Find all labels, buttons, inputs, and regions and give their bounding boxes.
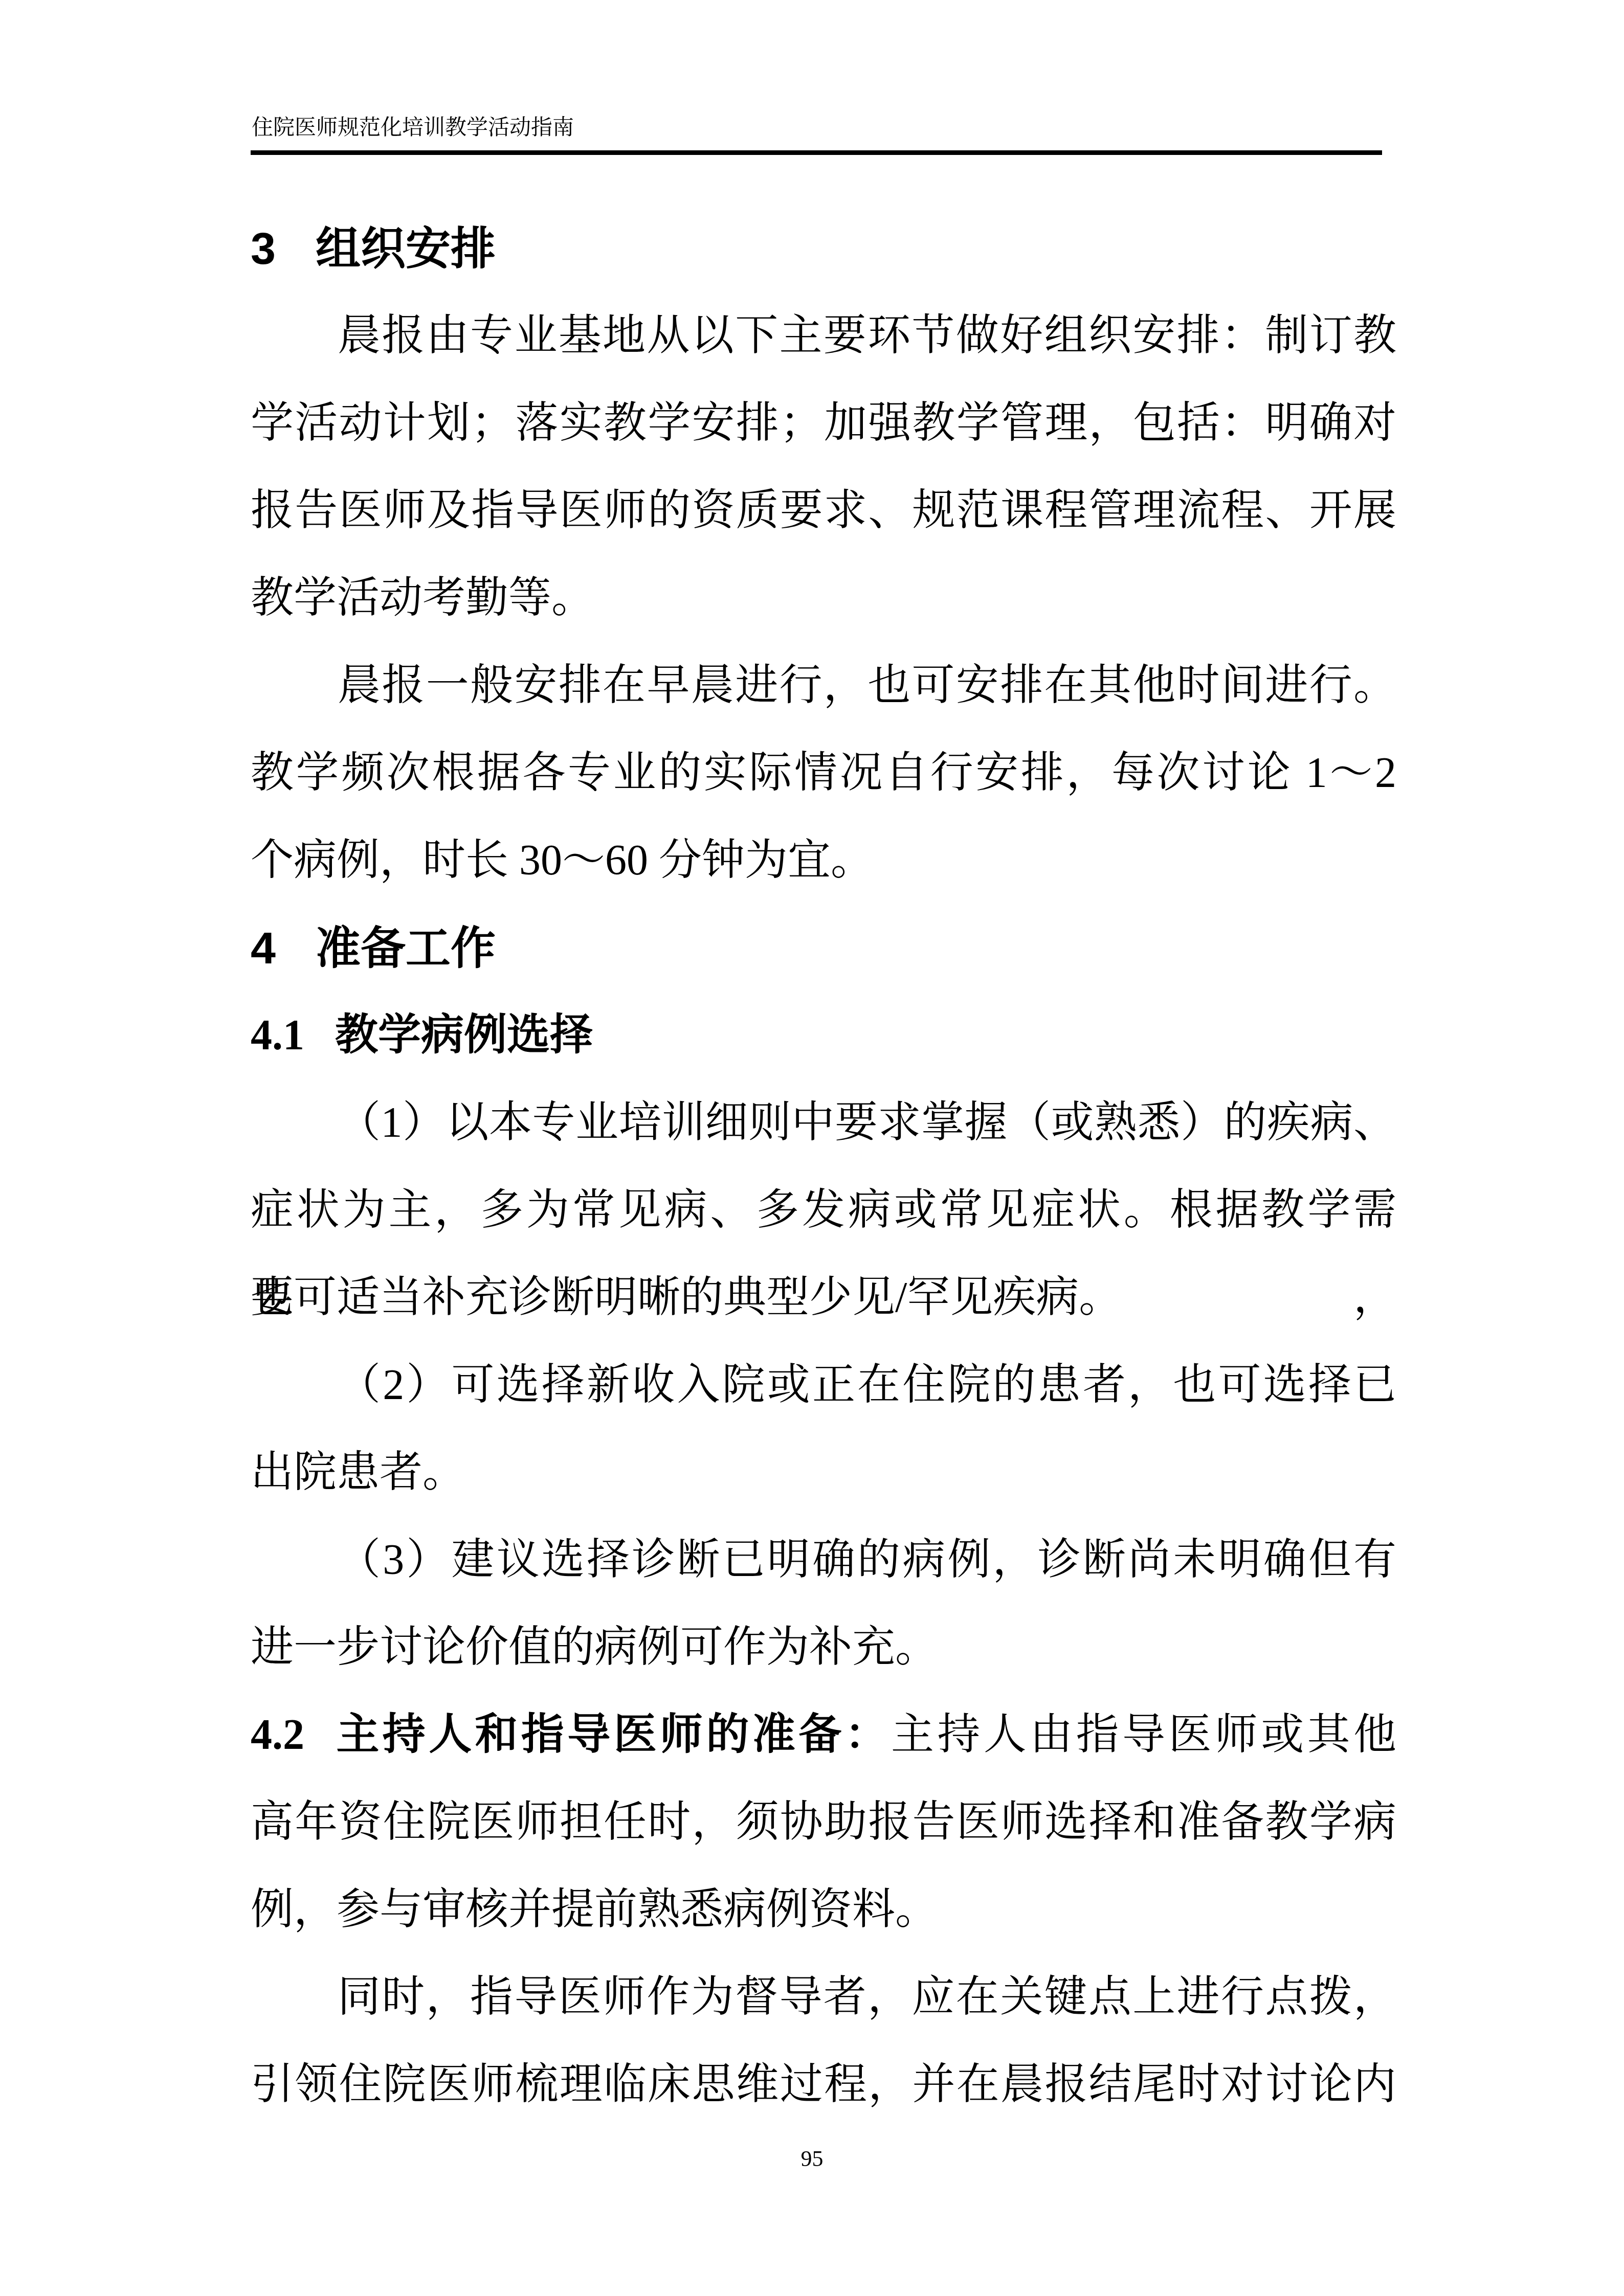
body-line: （1）以本专业培训细则中要求掌握（或熟悉）的疾病、 [251,1079,1396,1166]
subsection-4-2-label: 4.2主持人和指导医师的准备： [251,1711,891,1759]
section-number: 4 [251,922,276,973]
subsection-number: 4.2 [251,1711,304,1759]
body-line: 晨报由专业基地从以下主要环节做好组织安排：制订教 [251,292,1396,379]
section-title: 准备工作 [316,922,496,973]
subsection-heading-4-2-line: 4.2主持人和指导医师的准备：主持人由指导医师或其他 [251,1691,1396,1779]
document-page: 住院医师规范化培训教学活动指南 3组织安排 晨报由专业基地从以下主要环节做好组织… [0,0,1624,2296]
body-text: 主持人由指导医师或其他 [891,1711,1396,1759]
page-number: 95 [0,2146,1624,2172]
body-line: 引领住院医师梳理临床思维过程，并在晨报结尾时对讨论内 [251,2041,1396,2128]
body-line: 个病例，时长 30～60 分钟为宜。 [251,817,1396,904]
subsection-heading-4-1: 4.1教学病例选择 [251,992,1396,1079]
body-line: 同时，指导医师作为督导者，应在关键点上进行点拨， [251,1953,1396,2041]
body-line: 高年资住院医师担任时，须协助报告医师选择和准备教学病 [251,1779,1396,1866]
subsection-number: 4.1 [251,1011,304,1059]
page-body: 3组织安排 晨报由专业基地从以下主要环节做好组织安排：制订教 学活动计划；落实教… [251,205,1396,2128]
header-rule [251,150,1382,155]
body-line: 教学频次根据各专业的实际情况自行安排，每次讨论 1～2 [251,729,1396,817]
subsection-title: 主持人和指导医师的准备： [333,1711,891,1759]
body-line: 例，参与审核并提前熟悉病例资料。 [251,1866,1396,1953]
section-heading-3: 3组织安排 [251,205,1396,292]
body-line: （2）可选择新收入院或正在住院的患者，也可选择已 [251,1341,1396,1429]
body-line: 晨报一般安排在早晨进行，也可安排在其他时间进行。 [251,642,1396,729]
section-heading-4: 4准备工作 [251,904,1396,992]
body-line: 报告医师及指导医师的资质要求、规范课程管理流程、开展 [251,467,1396,554]
body-line: 出院患者。 [251,1429,1396,1516]
running-header: 住院医师规范化培训教学活动指南 [252,114,574,142]
body-line: 进一步讨论价值的病例可作为补充。 [251,1604,1396,1691]
section-number: 3 [251,223,276,274]
body-line: （3）建议选择诊断已明确的病例，诊断尚未明确但有 [251,1516,1396,1604]
body-line: 症状为主，多为常见病、多发病或常见症状。根据教学需要， [251,1166,1396,1254]
body-line: 教学活动考勤等。 [251,554,1396,642]
subsection-title: 教学病例选择 [335,1011,593,1059]
section-title: 组织安排 [316,223,496,274]
body-line: 学活动计划；落实教学安排；加强教学管理，包括：明确对 [251,379,1396,467]
